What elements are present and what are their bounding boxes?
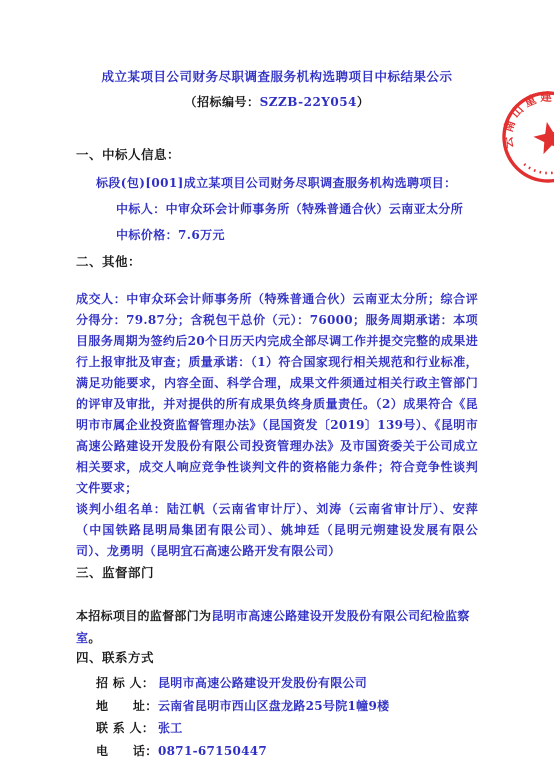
contact-row-phone: 电 话：0871-67150447: [96, 740, 478, 763]
supervision-line: 本招标项目的监督部门为昆明市高速公路建设开发股份有限公司纪检监察室。: [76, 605, 478, 649]
announcement-body: 成立某项目公司财务尽职调查服务机构选聘项目中标结果公示 （招标编号：SZZB-2…: [0, 0, 554, 762]
lot-line: 标段(包)[001]成立某项目公司财务尽职调查服务机构选聘项目：: [76, 175, 478, 191]
contact-row-person: 联 系 人：张工: [96, 717, 478, 740]
contact-label-phone: 电 话：: [96, 740, 158, 763]
negotiation-panel-paragraph: 谈判小组名单：陆江帆（云南省审计厅）、刘涛（云南省审计厅）、安萍（中国铁路昆明局…: [76, 499, 478, 562]
contact-row-tenderee: 招 标 人：昆明市高速公路建设开发股份有限公司: [96, 672, 478, 695]
contact-label-person: 联 系 人：: [96, 717, 158, 740]
supervision-suffix: 。: [88, 631, 100, 645]
section-heading-other: 二、其他：: [76, 254, 478, 270]
contact-label-tenderee: 招 标 人：: [96, 672, 158, 695]
page-title: 成立某项目公司财务尽职调查服务机构选聘项目中标结果公示: [76, 68, 478, 85]
announcement-page: 云南山重建设工程 成立某项目公司财务尽职调查服务机构选聘项目中标结果公示 （招标…: [0, 0, 554, 783]
section-heading-supervision: 三、监督部门: [76, 565, 478, 581]
deal-detail-paragraph: 成交人：中审众环会计师事务所（特殊普通合伙）云南亚太分所；综合评分得分：79.8…: [76, 289, 478, 499]
bid-number-suffix: ）: [357, 95, 370, 109]
price-line: 中标价格：7.6万元: [76, 227, 478, 243]
bid-number-prefix: （招标编号：: [185, 95, 260, 109]
supervision-prefix: 本招标项目的监督部门为: [76, 609, 211, 623]
contact-value-address: 云南省昆明市西山区盘龙路25号院1幢9楼: [158, 699, 389, 713]
section-heading-winner-info: 一、中标人信息：: [76, 147, 478, 163]
bid-number: SZZB-22Y054: [260, 95, 357, 109]
contact-label-address: 地 址：: [96, 695, 158, 718]
contact-value-tenderee: 昆明市高速公路建设开发股份有限公司: [158, 676, 367, 690]
contact-block: 招 标 人：昆明市高速公路建设开发股份有限公司 地 址：云南省昆明市西山区盘龙路…: [76, 672, 478, 762]
section-heading-contact: 四、联系方式: [76, 650, 478, 666]
contact-value-phone: 0871-67150447: [158, 744, 267, 758]
winner-line: 中标人：中审众环会计师事务所（特殊普通合伙）云南亚太分所: [76, 201, 478, 217]
bid-number-line: （招标编号：SZZB-22Y054）: [76, 95, 478, 110]
contact-row-address: 地 址：云南省昆明市西山区盘龙路25号院1幢9楼: [96, 695, 478, 718]
contact-value-person: 张工: [158, 721, 183, 735]
